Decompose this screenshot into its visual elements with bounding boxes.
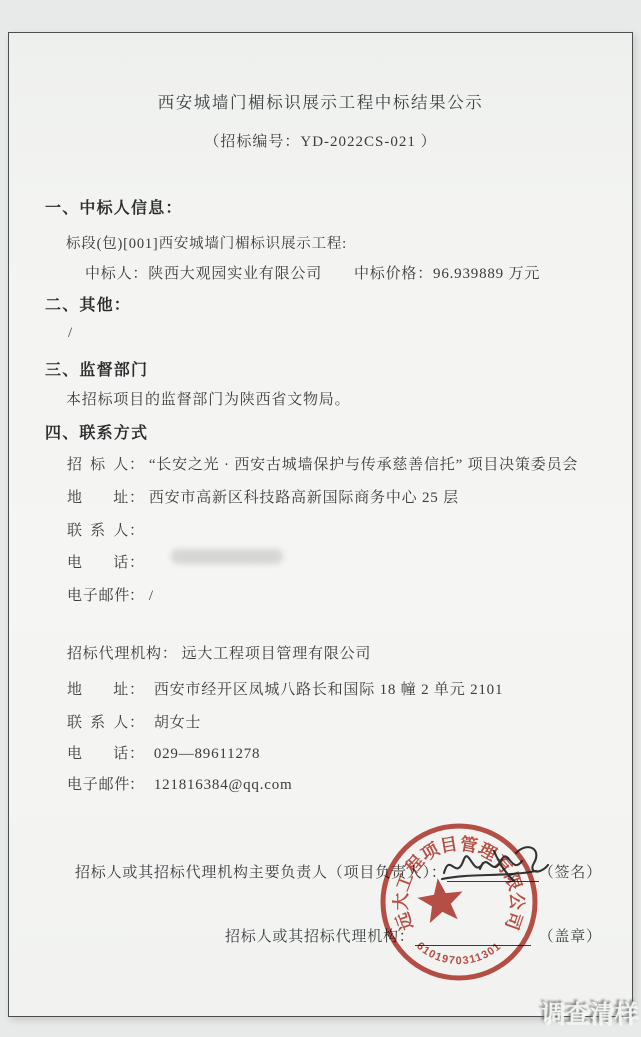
contact-line-address: 地址：西安市高新区科技路高新国际商务中心 25 层 xyxy=(67,486,459,507)
contact-line-phone: 电话： xyxy=(67,551,149,572)
field-colon: ： xyxy=(129,715,145,731)
field-label: 电子邮件 xyxy=(67,584,129,605)
field-label: 联系人 xyxy=(67,519,129,540)
field-colon: ： xyxy=(129,523,145,539)
field-value: / xyxy=(149,588,154,604)
svg-text:6101970311301: 6101970311301 xyxy=(414,940,504,967)
field-colon: ： xyxy=(129,490,145,506)
doc-subtitle: （招标编号：YD-2022CS-021 ） xyxy=(9,130,632,151)
agency-line-name: 招标代理机构：远大工程项目管理有限公司 xyxy=(67,642,371,663)
price-line: 中标价格：96.939889 万元 xyxy=(354,262,540,283)
field-value: 远大工程项目管理有限公司 xyxy=(182,646,372,662)
handwritten-signature xyxy=(436,839,561,899)
doc-title: 西安城墙门楣标识展示工程中标结果公示 xyxy=(9,89,632,113)
field-colon: ： xyxy=(129,746,145,762)
agency-line-phone: 电话：029—89611278 xyxy=(67,742,260,763)
price-label: 中标价格： xyxy=(354,266,433,282)
field-value: 西安市高新区科技路高新国际商务中心 25 层 xyxy=(149,490,459,506)
field-value: “长安之光 · 西安古城墙保护与传承慈善信托” 项目决策委员会 xyxy=(149,457,578,473)
seal-number-arc-text: 6101970311301 xyxy=(414,940,504,967)
winner-line: 中标人：陕西大观园实业有限公司 xyxy=(85,262,322,283)
document-page: 西安城墙门楣标识展示工程中标结果公示 （招标编号：YD-2022CS-021 ）… xyxy=(8,32,633,1017)
field-label: 电话 xyxy=(67,742,129,763)
field-colon: ： xyxy=(129,457,145,473)
field-colon: ： xyxy=(129,682,145,698)
section2-heading: 二、其他： xyxy=(45,292,131,315)
redacted-phone-smudge xyxy=(171,549,283,564)
field-colon: ： xyxy=(129,555,145,571)
field-label: 地址 xyxy=(67,486,129,507)
field-label: 联系人 xyxy=(67,711,129,732)
contact-line-tenderer: 招标人：“长安之光 · 西安古城墙保护与传承慈善信托” 项目决策委员会 xyxy=(67,453,578,474)
agency-line-person: 联系人：胡女士 xyxy=(67,711,201,732)
field-label: 招标代理机构 xyxy=(67,646,162,662)
field-colon: ： xyxy=(129,777,145,793)
section1-heading: 一、中标人信息： xyxy=(45,195,183,218)
field-label: 电话 xyxy=(67,551,129,572)
section3-heading: 三、监督部门 xyxy=(45,357,148,380)
section2-content: / xyxy=(68,325,73,342)
signature-line-2-suffix: （盖章） xyxy=(539,925,602,946)
price-value: 96.939889 万元 xyxy=(433,266,540,282)
field-value: 121816384@qq.com xyxy=(154,777,293,793)
watermark-text: 调查清样 xyxy=(541,994,639,1029)
winner-value: 陕西大观园实业有限公司 xyxy=(148,266,322,282)
winner-label: 中标人： xyxy=(85,266,148,282)
contact-line-person: 联系人： xyxy=(67,519,149,540)
field-value: 029—89611278 xyxy=(154,746,261,762)
field-label: 电子邮件 xyxy=(67,773,129,794)
agency-line-address: 地址：西安市经开区凤城八路长和国际 18 幢 2 单元 2101 xyxy=(67,678,503,699)
scanned-document-canvas: 西安城墙门楣标识展示工程中标结果公示 （招标编号：YD-2022CS-021 ）… xyxy=(0,0,641,1037)
field-colon: ： xyxy=(162,646,178,662)
field-value: 西安市经开区凤城八路长和国际 18 幢 2 单元 2101 xyxy=(154,682,503,698)
field-label: 招标人 xyxy=(67,453,129,474)
field-label: 地址 xyxy=(67,678,129,699)
contact-line-email: 电子邮件：/ xyxy=(67,584,154,605)
package-line: 标段(包)[001]西安城墙门楣标识展示工程: xyxy=(66,232,347,253)
section4-heading: 四、联系方式 xyxy=(45,420,148,443)
section3-content: 本招标项目的监督部门为陕西省文物局。 xyxy=(66,388,350,409)
field-colon: ： xyxy=(129,588,145,604)
field-value: 胡女士 xyxy=(154,715,201,731)
agency-line-email: 电子邮件：121816384@qq.com xyxy=(67,773,293,794)
